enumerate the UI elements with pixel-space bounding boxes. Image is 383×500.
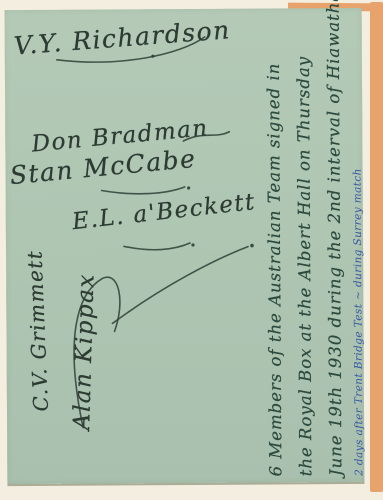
signature-grimmett: C.V. Grimmett [22, 249, 53, 412]
scanned-photo: { "colors": { "page_green": "#afc6b3", "… [0, 0, 383, 500]
kippax-arc-dot [250, 244, 254, 248]
abeckett-flourish [124, 243, 190, 250]
abeckett-flourish-dot [191, 243, 194, 246]
kippax-arc-flourish [112, 247, 248, 324]
note-line-1: 6 Members of the Australian Team signed … [259, 16, 292, 476]
signature-abeckett: E.L. a'Beckett [71, 189, 257, 235]
mccabe-flourish [102, 187, 185, 194]
signature-kippax: Alan Kippax [69, 273, 100, 431]
signature-richardson: V.Y. Richardson [13, 15, 232, 60]
richardson-flourish-dot [151, 55, 154, 58]
mccabe-flourish-dot [187, 186, 190, 189]
note-line-2: the Royal Box at the Albert Hall on Thur… [289, 16, 322, 476]
annotation-blue-note: 2 days after Trent Bridge Test ~ during … [351, 16, 367, 476]
autograph-page: V.Y. Richardson Don Bradman Stan McCabe … [5, 8, 365, 484]
album-backing-edge-right [370, 2, 383, 492]
note-line-3: June 19th 1930 during the 2nd interval o… [319, 16, 352, 476]
provenance-note: 6 Members of the Australian Team signed … [259, 16, 366, 477]
